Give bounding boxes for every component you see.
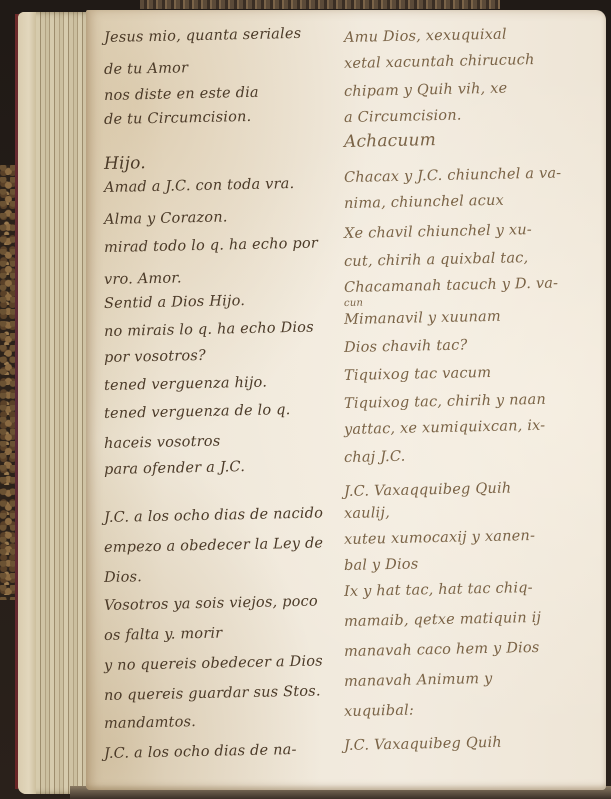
- manuscript-line: por vosotros?: [104, 348, 206, 366]
- manuscript-line: Achacuum: [344, 130, 436, 152]
- manuscript-line: yattac, xe xumiquixcan, ix-: [344, 418, 546, 438]
- manuscript-line: empezo a obedecer la Ley de: [104, 535, 324, 556]
- manuscript-line: Dios chavih tac?: [344, 337, 468, 356]
- manuscript-line: xuteu xumocaxij y xanen-: [344, 528, 535, 548]
- manuscript-line: chipam y Quih vih, xe: [344, 81, 508, 100]
- manuscript-line: Chacamanah tacuch y D. va-: [344, 276, 559, 296]
- manuscript-line: tened verguenza hijo.: [104, 375, 267, 394]
- manuscript-line: bal y Dios: [344, 556, 419, 574]
- manuscript-line: y no quereis obedecer a Dios: [104, 653, 323, 674]
- manuscript-line: tened verguenza de lo q.: [104, 402, 291, 422]
- manuscript-line: no mirais lo q. ha echo Dios: [104, 320, 314, 340]
- manuscript-line: Tiquixog tac, chirih y naan: [344, 392, 546, 412]
- manuscript-line: cut, chirih a quixbal tac,: [344, 250, 529, 270]
- manuscript-line: xetal xacuntah chirucuch: [344, 52, 535, 72]
- manuscript-line: manavah caco hem y Dios: [344, 640, 540, 660]
- manuscript-line: Jesus mio, quanta seriales: [104, 26, 302, 46]
- manuscript-line: cun: [344, 298, 363, 309]
- manuscript-line: Vosotros ya sois viejos, poco: [104, 594, 318, 614]
- manuscript-line: Ix y hat tac, hat tac chiq-: [344, 580, 533, 600]
- manuscript-line: manavah Animum y: [344, 671, 493, 690]
- manuscript-line: no quereis guardar sus Stos.: [104, 683, 321, 704]
- manuscript-line: Chacax y J.C. chiunchel a va-: [344, 165, 562, 186]
- manuscript-line: Amu Dios, xexuquixal: [344, 27, 507, 46]
- manuscript-line: mandamtos.: [104, 714, 196, 732]
- manuscript-line: Amad a J.C. con toda vra.: [104, 176, 295, 196]
- manuscript-line: Dios.: [104, 569, 142, 586]
- manuscript-line: J.C. Vaxaquibeg Quih: [344, 735, 502, 754]
- manuscript-line: vro. Amor.: [104, 270, 182, 288]
- manuscript-line: haceis vosotros: [104, 434, 221, 452]
- manuscript-line: mamaib, qetxe matiquin ij: [344, 610, 541, 630]
- manuscript-line: J.C. a los ocho dias de na-: [104, 742, 297, 762]
- manuscript-line: chaj J.C.: [344, 449, 406, 466]
- outer-leaf-edge: [18, 12, 36, 794]
- manuscript-line: Hijo.: [104, 153, 146, 174]
- manuscript-line: Tiquixog tac vacum: [344, 365, 492, 384]
- manuscript-line: mirad todo lo q. ha echo por: [104, 236, 318, 256]
- manuscript-line: Sentid a Dios Hijo.: [104, 293, 245, 312]
- manuscript-line: a Circumcision.: [344, 108, 462, 126]
- manuscript-line: para ofender a J.C.: [104, 459, 245, 478]
- manuscript-line: os falta y. morir: [104, 626, 223, 644]
- manuscript-line: nos diste en este dia: [104, 85, 259, 104]
- manuscript-line: de tu Amor: [104, 60, 188, 78]
- manuscript-line: Xe chavil chiunchel y xu-: [344, 222, 532, 242]
- manuscript-line: de tu Circumcision.: [104, 109, 252, 128]
- manuscript-line: Mimanavil y xuunam: [344, 309, 501, 328]
- headband-strip: [140, 0, 500, 9]
- manuscript-line: nima, chiunchel acux: [344, 193, 504, 212]
- manuscript-line: Alma y Corazon.: [104, 209, 228, 228]
- manuscript-line: J.C. Vaxaqquibeg Quih: [344, 480, 512, 500]
- manuscript-page: Jesus mio, quanta serialesde tu Amornos …: [86, 10, 606, 790]
- manuscript-line: J.C. a los ocho dias de nacido: [104, 505, 323, 526]
- manuscript-line: xuquibal:: [344, 703, 414, 720]
- manuscript-line: xaulij,: [344, 505, 390, 522]
